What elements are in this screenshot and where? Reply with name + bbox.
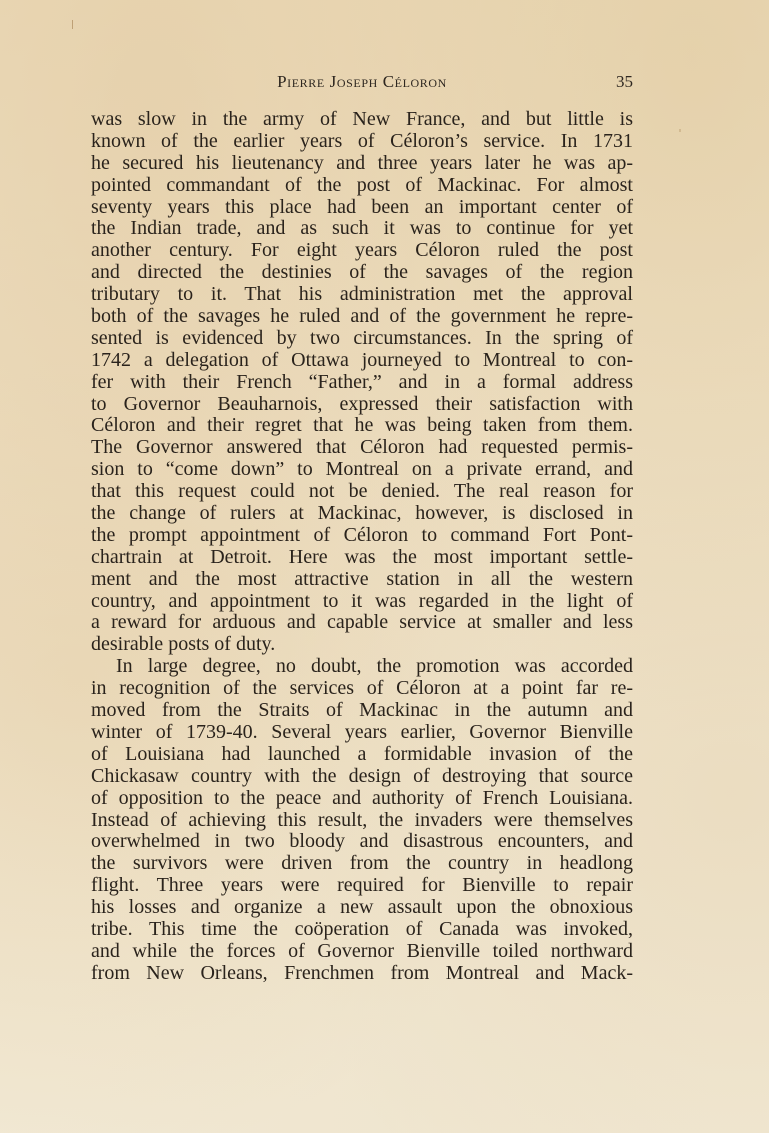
text-line: known of the earlier years of Céloron’s … — [91, 131, 633, 153]
paper-blemish — [679, 129, 681, 132]
text-line: fer with their French “Father,” and in a… — [91, 372, 633, 394]
text-line: both of the savages he ruled and of the … — [91, 306, 633, 328]
text-line: a reward for arduous and capable service… — [91, 612, 633, 634]
paper-blemish — [72, 20, 73, 29]
text-line: sion to “come down” to Montreal on a pri… — [91, 459, 633, 481]
text-line: seventy years this place had been an imp… — [91, 197, 633, 219]
text-line: the Indian trade, and as such it was to … — [91, 218, 633, 240]
text-line: and while the forces of Governor Bienvil… — [91, 941, 633, 963]
text-line: another century. For eight years Céloron… — [91, 240, 633, 262]
text-line: moved from the Straits of Mackinac in th… — [91, 700, 633, 722]
page-number: 35 — [616, 72, 633, 92]
text-line: his losses and organize a new assault up… — [91, 897, 633, 919]
text-line: he secured his lieutenancy and three yea… — [91, 153, 633, 175]
text-line: country, and appointment to it was regar… — [91, 591, 633, 613]
running-head: Pierre Joseph Céloron 35 — [91, 70, 633, 94]
text-line: chartrain at Detroit. Here was the most … — [91, 547, 633, 569]
text-line: desirable posts of duty. — [91, 634, 633, 656]
text-line: Instead of achieving this result, the in… — [91, 810, 633, 832]
text-line: the survivors were driven from the count… — [91, 853, 633, 875]
text-line: In large degree, no doubt, the promotion… — [91, 656, 633, 678]
text-line: The Governor answered that Céloron had r… — [91, 437, 633, 459]
text-line: from New Orleans, Frenchmen from Montrea… — [91, 963, 633, 985]
book-page: Pierre Joseph Céloron 35 was slow in the… — [0, 0, 769, 1133]
text-line: of opposition to the peace and authority… — [91, 788, 633, 810]
text-line: 1742 a delegation of Ottawa journeyed to… — [91, 350, 633, 372]
text-line: tributary to it. That his administration… — [91, 284, 633, 306]
running-title: Pierre Joseph Céloron — [91, 72, 633, 92]
text-line: in recognition of the services of Céloro… — [91, 678, 633, 700]
paragraph-2: In large degree, no doubt, the promotion… — [91, 656, 633, 984]
text-line: to Governor Beauharnois, expressed their… — [91, 394, 633, 416]
text-line: Céloron and their regret that he was bei… — [91, 415, 633, 437]
text-line: was slow in the army of New France, and … — [91, 109, 633, 131]
text-line: overwhelmed in two bloody and disastrous… — [91, 831, 633, 853]
text-line: Chickasaw country with the design of des… — [91, 766, 633, 788]
text-line: of Louisiana had launched a formidable i… — [91, 744, 633, 766]
text-line: winter of 1739-40. Several years earlier… — [91, 722, 633, 744]
text-line: ment and the most attractive station in … — [91, 569, 633, 591]
text-line: flight. Three years were required for Bi… — [91, 875, 633, 897]
paragraph-1: was slow in the army of New France, and … — [91, 109, 633, 656]
text-line: tribe. This time the coöperation of Cana… — [91, 919, 633, 941]
text-line: and directed the destinies of the savage… — [91, 262, 633, 284]
text-line: pointed commandant of the post of Mackin… — [91, 175, 633, 197]
body-text: was slow in the army of New France, and … — [91, 109, 633, 985]
text-line: the change of rulers at Mackinac, howeve… — [91, 503, 633, 525]
text-line: that this request could not be denied. T… — [91, 481, 633, 503]
text-line: the prompt appointment of Céloron to com… — [91, 525, 633, 547]
text-line: sented is evidenced by two circumstances… — [91, 328, 633, 350]
